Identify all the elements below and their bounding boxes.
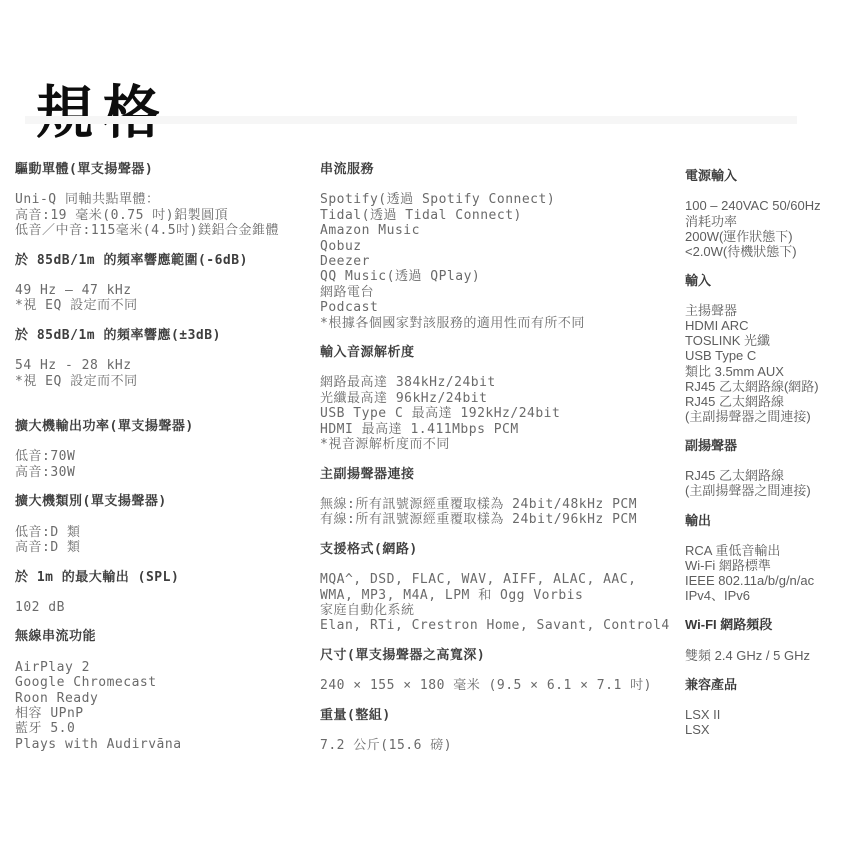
spec-line: 類比 3.5mm AUX — [685, 364, 849, 379]
spec-line: 藍牙 5.0 — [15, 721, 315, 736]
spec-line: RJ45 乙太網路線(網路) — [685, 379, 849, 394]
spec-line: 家庭自動化系統 — [320, 603, 680, 618]
spec-line: RJ45 乙太網路線 — [685, 468, 849, 483]
spec-section: 無線串流功能AirPlay 2Google ChromecastRoon Rea… — [15, 629, 315, 752]
spec-line: 相容 UPnP — [15, 706, 315, 721]
spec-line: 240 × 155 × 180 毫米 (9.5 × 6.1 × 7.1 吋) — [320, 678, 680, 693]
spec-line: RCA 重低音輸出 — [685, 543, 849, 558]
spec-line: Deezer — [320, 254, 680, 269]
spec-section: 支援格式(網路)MQA^, DSD, FLAC, WAV, AIFF, ALAC… — [320, 542, 680, 634]
spec-line: <2.0W(待機狀態下) — [685, 244, 849, 259]
spec-line: 低音:70W — [15, 449, 315, 464]
page-title: 規格 — [36, 82, 170, 145]
spec-section: 擴大機輸出功率(單支揚聲器)低音:70W高音:30W — [15, 419, 315, 480]
spec-line: 低音／中音:115毫米(4.5吋)鎂鋁合金錐體 — [15, 223, 315, 238]
spec-line: 高音:19 毫米(0.75 吋)鋁製圓頂 — [15, 208, 315, 223]
spec-line: Plays with Audirvāna — [15, 737, 315, 752]
spec-section: Wi-FI 網路頻段雙頻 2.4 GHz / 5 GHz — [685, 617, 849, 663]
spec-section: 兼容產品LSX IILSX — [685, 677, 849, 738]
section-heading: 於 85dB/1m 的頻率響應(±3dB) — [15, 328, 315, 343]
spec-line: Qobuz — [320, 239, 680, 254]
section-heading: 於 1m 的最大輸出 (SPL) — [15, 570, 315, 585]
section-heading: 兼容產品 — [685, 677, 849, 692]
spec-section: 副揚聲器RJ45 乙太網路線(主副揚聲器之間連接) — [685, 438, 849, 499]
spec-line: 7.2 公斤(15.6 磅) — [320, 738, 680, 753]
spec-line: IPv4、IPv6 — [685, 588, 849, 603]
spec-line: 100 – 240VAC 50/60Hz — [685, 198, 849, 213]
section-heading: 副揚聲器 — [685, 438, 849, 453]
spec-line: 200W(運作狀態下) — [685, 229, 849, 244]
spec-line: MQA^, DSD, FLAC, WAV, AIFF, ALAC, AAC, — [320, 572, 680, 587]
spec-line: 網路電台 — [320, 285, 680, 300]
spec-line: 54 Hz - 28 kHz — [15, 358, 315, 373]
spec-line: 有線:所有訊號源經重覆取樣為 24bit/96kHz PCM — [320, 512, 680, 527]
spec-line: LSX — [685, 722, 849, 737]
spec-line: 主揚聲器 — [685, 303, 849, 318]
spec-column-left: 驅動單體(單支揚聲器)Uni-Q 同軸共點單體：高音:19 毫米(0.75 吋)… — [15, 162, 315, 766]
section-heading: 輸出 — [685, 513, 849, 528]
spec-line: *根據各個國家對該服務的適用性而有所不同 — [320, 316, 680, 331]
section-heading: 主副揚聲器連接 — [320, 467, 680, 482]
spec-line: 網路最高達 384kHz/24bit — [320, 375, 680, 390]
spec-line: Tidal(透過 Tidal Connect) — [320, 208, 680, 223]
spec-line: Wi-Fi 網路標準 — [685, 558, 849, 573]
section-heading: 驅動單體(單支揚聲器) — [15, 162, 315, 177]
section-heading: 輸入音源解析度 — [320, 345, 680, 360]
spec-line: Spotify(透過 Spotify Connect) — [320, 192, 680, 207]
spec-line: USB Type C — [685, 348, 849, 363]
spec-line: (主副揚聲器之間連接) — [685, 409, 849, 424]
spec-line: Google Chromecast — [15, 675, 315, 690]
spec-section: 電源輸入100 – 240VAC 50/60Hz消耗功率200W(運作狀態下)<… — [685, 168, 849, 259]
specs-page: 規格 驅動單體(單支揚聲器)Uni-Q 同軸共點單體：高音:19 毫米(0.75… — [0, 0, 851, 851]
spec-column-middle: 串流服務Spotify(透過 Spotify Connect)Tidal(透過 … — [320, 162, 680, 767]
spec-section: 於 85dB/1m 的頻率響應(±3dB)54 Hz - 28 kHz*視 EQ… — [15, 328, 315, 389]
spec-section: 驅動單體(單支揚聲器)Uni-Q 同軸共點單體：高音:19 毫米(0.75 吋)… — [15, 162, 315, 239]
spec-line: 雙頻 2.4 GHz / 5 GHz — [685, 648, 849, 663]
section-heading: 無線串流功能 — [15, 629, 315, 644]
spec-section: 串流服務Spotify(透過 Spotify Connect)Tidal(透過 … — [320, 162, 680, 331]
section-heading: Wi-FI 網路頻段 — [685, 617, 849, 632]
spec-line: Elan, RTi, Crestron Home, Savant, Contro… — [320, 618, 680, 633]
spec-column-right: 電源輸入100 – 240VAC 50/60Hz消耗功率200W(運作狀態下)<… — [685, 168, 849, 751]
spec-line: 消耗功率 — [685, 214, 849, 229]
section-heading: 電源輸入 — [685, 168, 849, 183]
spec-line: 低音:D 類 — [15, 525, 315, 540]
section-heading: 串流服務 — [320, 162, 680, 177]
spec-line: IEEE 802.11a/b/g/n/ac — [685, 573, 849, 588]
spec-line: *視 EQ 設定而不同 — [15, 298, 315, 313]
spec-line: 49 Hz – 47 kHz — [15, 283, 315, 298]
spec-line: HDMI ARC — [685, 318, 849, 333]
spec-line: LSX II — [685, 707, 849, 722]
spec-section: 輸入音源解析度網路最高達 384kHz/24bit光纖最高達 96kHz/24b… — [320, 345, 680, 452]
section-heading: 於 85dB/1m 的頻率響應範圍(-6dB) — [15, 253, 315, 268]
spec-line: RJ45 乙太網路線 — [685, 394, 849, 409]
section-heading: 擴大機輸出功率(單支揚聲器) — [15, 419, 315, 434]
spec-line: Roon Ready — [15, 691, 315, 706]
spec-line: *視音源解析度而不同 — [320, 437, 680, 452]
spec-line: (主副揚聲器之間連接) — [685, 483, 849, 498]
section-heading: 尺寸(單支揚聲器之高寬深) — [320, 648, 680, 663]
spec-section: 輸入主揚聲器HDMI ARCTOSLINK 光纖USB Type C類比 3.5… — [685, 273, 849, 424]
spec-line: QQ Music(透過 QPlay) — [320, 269, 680, 284]
section-heading: 輸入 — [685, 273, 849, 288]
spec-section: 輸出RCA 重低音輸出Wi-Fi 網路標準IEEE 802.11a/b/g/n/… — [685, 513, 849, 604]
spec-line: 高音:30W — [15, 465, 315, 480]
spec-line: TOSLINK 光纖 — [685, 333, 849, 348]
spec-section: 主副揚聲器連接無線:所有訊號源經重覆取樣為 24bit/48kHz PCM有線:… — [320, 467, 680, 528]
spec-line: WMA, MP3, M4A, LPM 和 Ogg Vorbis — [320, 588, 680, 603]
spec-line: 高音:D 類 — [15, 540, 315, 555]
spec-section: 重量(整組)7.2 公斤(15.6 磅) — [320, 708, 680, 754]
spec-line: 102 dB — [15, 600, 315, 615]
spec-line: 光纖最高達 96kHz/24bit — [320, 391, 680, 406]
section-heading: 重量(整組) — [320, 708, 680, 723]
section-heading: 擴大機類別(單支揚聲器) — [15, 494, 315, 509]
section-heading: 支援格式(網路) — [320, 542, 680, 557]
spec-line: Podcast — [320, 300, 680, 315]
title-divider — [25, 116, 797, 124]
spec-line: *視 EQ 設定而不同 — [15, 374, 315, 389]
spec-line: 無線:所有訊號源經重覆取樣為 24bit/48kHz PCM — [320, 497, 680, 512]
spec-section: 擴大機類別(單支揚聲器)低音:D 類高音:D 類 — [15, 494, 315, 555]
spec-section: 於 85dB/1m 的頻率響應範圍(-6dB)49 Hz – 47 kHz*視 … — [15, 253, 315, 314]
spec-section: 於 1m 的最大輸出 (SPL)102 dB — [15, 570, 315, 616]
spec-line: Uni-Q 同軸共點單體： — [15, 192, 315, 207]
spec-line: HDMI 最高達 1.411Mbps PCM — [320, 422, 680, 437]
spec-section: 尺寸(單支揚聲器之高寬深)240 × 155 × 180 毫米 (9.5 × 6… — [320, 648, 680, 694]
spec-line: Amazon Music — [320, 223, 680, 238]
spec-line: AirPlay 2 — [15, 660, 315, 675]
spec-line: USB Type C 最高達 192kHz/24bit — [320, 406, 680, 421]
